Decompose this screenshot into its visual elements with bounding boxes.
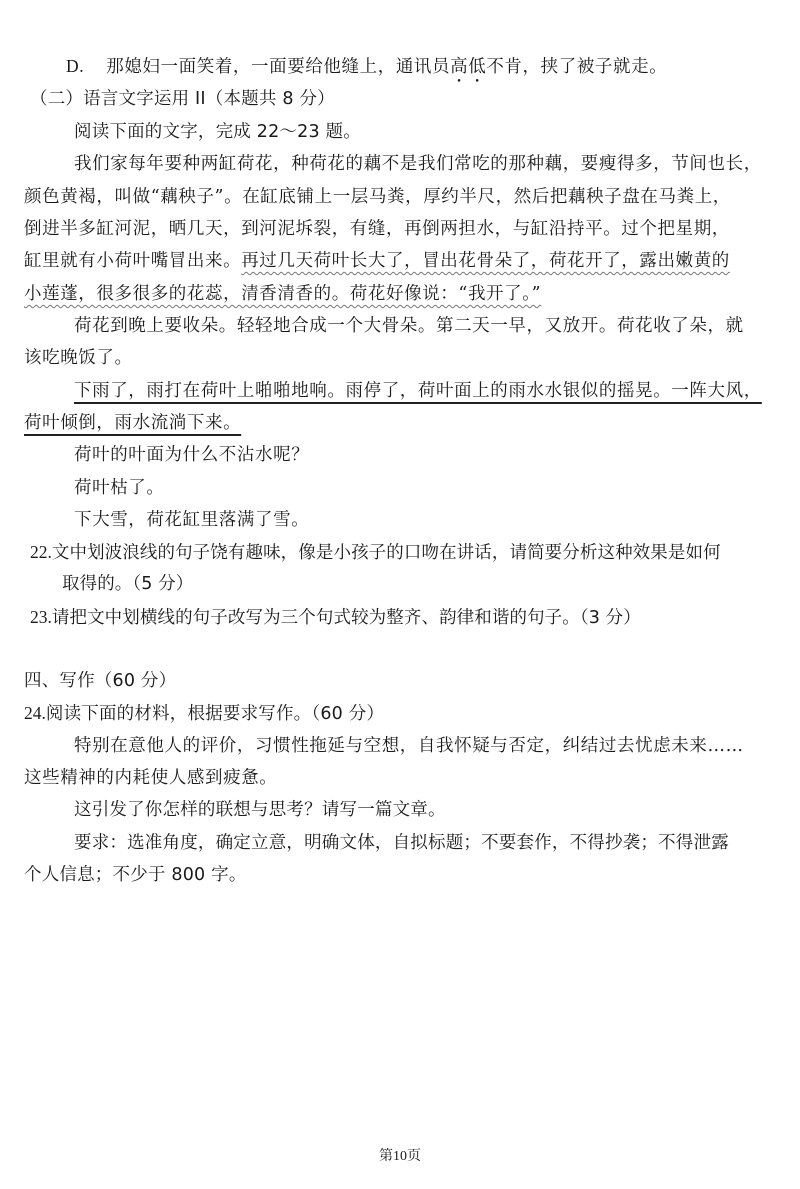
material-line2: 这些精神的内耗使人感到疲惫。 [24,765,277,791]
option-d-label: D. [66,56,84,76]
requirements-line1: 要求：选准角度，确定立意，明确文体，自拟标题；不要套作，不得抄袭；不得泄露 [74,830,729,856]
passage-p1-line5: 小莲蓬，很多很多的花蕊，清香清香的。荷花好像说：“我开了。” [24,281,541,307]
question-23-number: 23. [30,607,52,627]
option-d-text-before: 那媳妇一面笑着，一面要给他缝上，通讯员 [106,57,450,77]
question-22: 22.文中划波浪线的句子饶有趣味，像是小孩子的口吻在讲话，请简要分析这种效果是如… [30,539,721,566]
option-d-emphasized: 高低 [450,57,486,77]
passage-p1-line1: 我们家每年要种两缸荷花，种荷花的藕不是我们常吃的那种藕，要瘦得多，节间也长， [74,151,762,177]
question-22-line2: 取得的。（5 分） [62,571,193,597]
material-line1: 特别在意他人的评价，习惯性拖延与空想，自我怀疑与否定，纠结过去忧虑未来…… [74,733,744,759]
exam-page: D.那媳妇一面笑着，一面要给他缝上，通讯员高低不肯，挟了被子就走。 （二）语言文… [0,0,800,1189]
passage-p6: 下大雪，荷花缸里落满了雪。 [74,507,309,533]
requirements-line2: 个人信息；不少于 800 字。 [24,862,247,888]
passage-p1-line4-plain: 缸里就有小荷叶嘴冒出来。 [24,251,241,271]
passage-p2-line2: 该吃晚饭了。 [24,345,133,371]
straight-underlined-sentence: 下雨了，雨打在荷叶上啪啪地响。雨停了，荷叶面上的雨水水银似的摇晃。一阵大风， [74,381,762,401]
passage-p1-line2: 颜色黄褐，叫做“藕秧子”。在缸底铺上一层马粪，厚约半尺，然后把藕秧子盘在马粪上， [24,184,731,210]
passage-p3-line1: 下雨了，雨打在荷叶上啪啪地响。雨停了，荷叶面上的雨水水银似的摇晃。一阵大风， [74,378,762,404]
question-24: 24.阅读下面的材料，根据要求写作。（60 分） [24,700,384,727]
question-24-prompt: 阅读下面的材料，根据要求写作。（60 分） [46,704,384,724]
question-23-line1: 请把文中划横线的句子改写为三个句式较为整齐、韵律和谐的句子。（3 分） [52,608,641,628]
question-22-number: 22. [30,542,52,562]
question-23: 23.请把文中划横线的句子改写为三个句式较为整齐、韵律和谐的句子。（3 分） [30,604,641,631]
passage-p3-line2: 荷叶倾倒，雨水流淌下来。 [24,410,241,436]
option-d: D.那媳妇一面笑着，一面要给他缝上，通讯员高低不肯，挟了被子就走。 [66,53,667,87]
section-4-title: 四、写作（60 分） [24,668,176,694]
page-number: 第10页 [0,1145,800,1165]
writing-task: 这引发了你怎样的联想与思考？请写一篇文章。 [74,797,446,823]
passage-p4: 荷叶的叶面为什么不沾水呢？ [74,442,309,468]
question-24-number: 24. [24,703,46,723]
option-d-text-after: 不肯，挟了被子就走。 [486,57,667,77]
section-2-title: （二）语言文字运用 II（本题共 8 分） [30,86,335,112]
wavy-underlined-sentence: 再过几天荷叶长大了，冒出花骨朵了，荷花开了，露出嫩黄的 [241,251,730,271]
passage-p2-line1: 荷花到晚上要收朵。轻轻地合成一个大骨朵。第二天一早，又放开。荷花收了朵，就 [74,313,744,339]
passage-p5: 荷叶枯了。 [74,475,165,501]
passage-p1-line4: 缸里就有小荷叶嘴冒出来。再过几天荷叶长大了，冒出花骨朵了，荷花开了，露出嫩黄的 [24,248,730,274]
wavy-underlined-sentence-cont: 小莲蓬，很多很多的花蕊，清香清香的。荷花好像说：“我开了。” [24,284,541,304]
question-22-line1: 文中划波浪线的句子饶有趣味，像是小孩子的口吻在讲话，请简要分析这种效果是如何 [52,543,721,563]
straight-underlined-sentence-cont: 荷叶倾倒，雨水流淌下来。 [24,413,241,433]
passage-p1-line3: 倒进半多缸河泥，晒几天，到河泥坼裂，有缝，再倒两担水，与缸沿持平。过个把星期， [24,216,730,242]
section-2-instruction: 阅读下面的文字，完成 22～23 题。 [74,119,361,145]
